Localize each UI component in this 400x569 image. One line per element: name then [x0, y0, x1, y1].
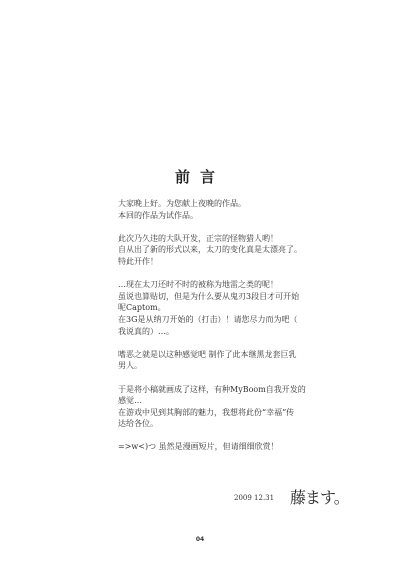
page-title: 前言	[0, 166, 400, 187]
paragraph: 嗜恶之就是以这种感觉吧 制作了此本继黑龙套巨乳 男人。	[118, 349, 358, 372]
page-number: 04	[0, 536, 400, 543]
paragraph: 大家晚上好。为您献上夜晚的作品。 本回的作品为试作品。	[118, 198, 358, 221]
preface-body: 大家晚上好。为您献上夜晚的作品。 本回的作品为试作品。 此次乃久违的大队开发，正…	[118, 198, 358, 465]
author-signature: 藤ます。	[290, 485, 349, 508]
paragraph: 此次乃久违的大队开发，正宗的怪物猎人哟！ 自从出了新的形式以来，太刀的变化真是太…	[118, 233, 358, 268]
document-page: 前言 大家晚上好。为您献上夜晚的作品。 本回的作品为试作品。 此次乃久违的大队开…	[0, 0, 400, 569]
date: 2009 12.31	[234, 494, 274, 502]
paragraph: …现在太刀还时不时的被称为地雷之类的呢！ 虽说也算贴切，但是为什么要从鬼刃3段目…	[118, 279, 358, 337]
paragraph: =>w<)つ 虽然是漫画短片，但请细细欣赏！	[118, 441, 358, 453]
paragraph: 于是将小稿就画成了这样，有种MyBoom自我开发的 感觉… 在游戏中见到其胸部的…	[118, 384, 358, 430]
